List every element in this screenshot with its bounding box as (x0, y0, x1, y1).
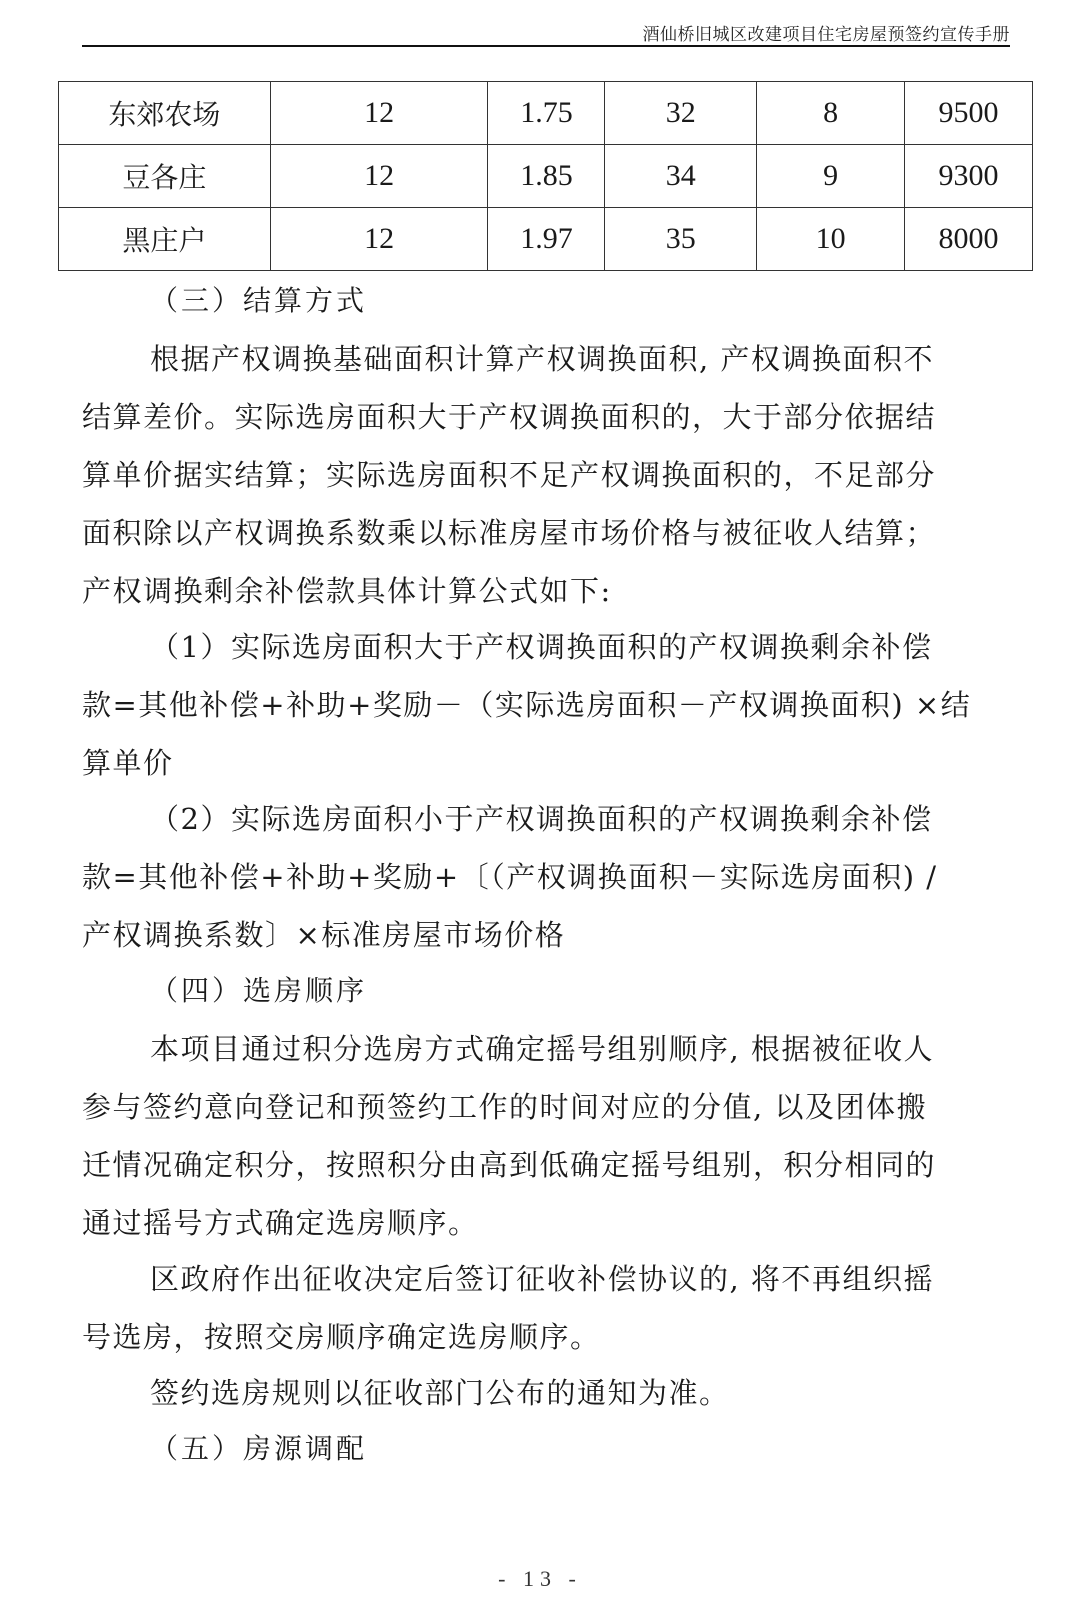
table-cell: 12 (270, 145, 488, 208)
text-line: 算单价据实结算；实际选房面积不足产权调换面积的，不足部分 (82, 446, 1017, 504)
table-cell: 34 (605, 145, 757, 208)
table-cell: 豆各庄 (59, 145, 271, 208)
text-line: 签约选房规则以征收部门公布的通知为准。 (82, 1364, 1017, 1422)
table-cell: 1.75 (488, 82, 605, 145)
text-line: 本项目通过积分选房方式确定摇号组别顺序, 根据被征收人 (82, 1020, 1017, 1078)
text-line: （1）实际选房面积大于产权调换面积的产权调换剩余补偿 (82, 618, 1017, 676)
header-divider (82, 45, 1010, 47)
table-cell: 9300 (905, 145, 1033, 208)
text-line: 产权调换剩余补偿款具体计算公式如下: (82, 562, 1017, 620)
table-cell: 黑庄户 (59, 208, 271, 271)
formula-2: （2）实际选房面积小于产权调换面积的产权调换剩余补偿 款=其他补偿+补助+奖励+… (82, 790, 1017, 964)
table-cell: 8000 (905, 208, 1033, 271)
table-cell: 9500 (905, 82, 1033, 145)
rules-notice-paragraph: 签约选房规则以征收部门公布的通知为准。 (82, 1364, 1017, 1422)
table-row: 豆各庄 12 1.85 34 9 9300 (59, 145, 1033, 208)
text-line: 通过摇号方式确定选房顺序。 (82, 1194, 1017, 1252)
table-cell: 12 (270, 208, 488, 271)
housing-table: 东郊农场 12 1.75 32 8 9500 豆各庄 12 1.85 34 9 … (58, 81, 1033, 271)
formula-1: （1）实际选房面积大于产权调换面积的产权调换剩余补偿 款=其他补偿+补助+奖励－… (82, 618, 1017, 792)
section-5: （五）房源调配 (82, 1420, 1017, 1478)
section-heading: （三）结算方式 (82, 272, 1017, 330)
text-line: 结算差价。实际选房面积大于产权调换面积的，大于部分依据结 (82, 388, 1017, 446)
selection-order-paragraph: 本项目通过积分选房方式确定摇号组别顺序, 根据被征收人 参与签约意向登记和预签约… (82, 1020, 1017, 1252)
settlement-paragraph: 根据产权调换基础面积计算产权调换面积, 产权调换面积不 结算差价。实际选房面积大… (82, 330, 1017, 620)
text-line: 号选房，按照交房顺序确定选房顺序。 (82, 1308, 1017, 1366)
table-cell: 1.85 (488, 145, 605, 208)
text-line: 面积除以产权调换系数乘以标准房屋市场价格与被征收人结算； (82, 504, 1017, 562)
header-title: 酒仙桥旧城区改建项目住宅房屋预签约宣传手册 (643, 20, 1011, 45)
section-heading: （四）选房顺序 (82, 962, 1017, 1020)
text-line: 算单价 (82, 734, 1017, 792)
government-decision-paragraph: 区政府作出征收决定后签订征收补偿协议的, 将不再组织摇 号选房，按照交房顺序确定… (82, 1250, 1017, 1366)
table-cell: 1.97 (488, 208, 605, 271)
table-cell: 32 (605, 82, 757, 145)
table-row: 黑庄户 12 1.97 35 10 8000 (59, 208, 1033, 271)
table-cell: 35 (605, 208, 757, 271)
section-heading: （五）房源调配 (82, 1420, 1017, 1478)
text-line: 迁情况确定积分，按照积分由高到低确定摇号组别，积分相同的 (82, 1136, 1017, 1194)
section-4: （四）选房顺序 (82, 962, 1017, 1020)
text-line: 产权调换系数〕×标准房屋市场价格 (82, 906, 1017, 964)
text-line: （2）实际选房面积小于产权调换面积的产权调换剩余补偿 (82, 790, 1017, 848)
table-cell: 8 (757, 82, 905, 145)
table-cell: 10 (757, 208, 905, 271)
section-3: （三）结算方式 (82, 272, 1017, 330)
text-line: 根据产权调换基础面积计算产权调换面积, 产权调换面积不 (82, 330, 1017, 388)
text-line: 区政府作出征收决定后签订征收补偿协议的, 将不再组织摇 (82, 1250, 1017, 1308)
table-row: 东郊农场 12 1.75 32 8 9500 (59, 82, 1033, 145)
table-cell: 12 (270, 82, 488, 145)
text-line: 参与签约意向登记和预签约工作的时间对应的分值, 以及团体搬 (82, 1078, 1017, 1136)
page-number: - 13 - (0, 1566, 1080, 1592)
text-line: 款=其他补偿+补助+奖励+〔（产权调换面积－实际选房面积) / (82, 848, 1017, 906)
text-line: 款=其他补偿+补助+奖励－（实际选房面积－产权调换面积) ×结 (82, 676, 1017, 734)
table-cell: 东郊农场 (59, 82, 271, 145)
table-cell: 9 (757, 145, 905, 208)
